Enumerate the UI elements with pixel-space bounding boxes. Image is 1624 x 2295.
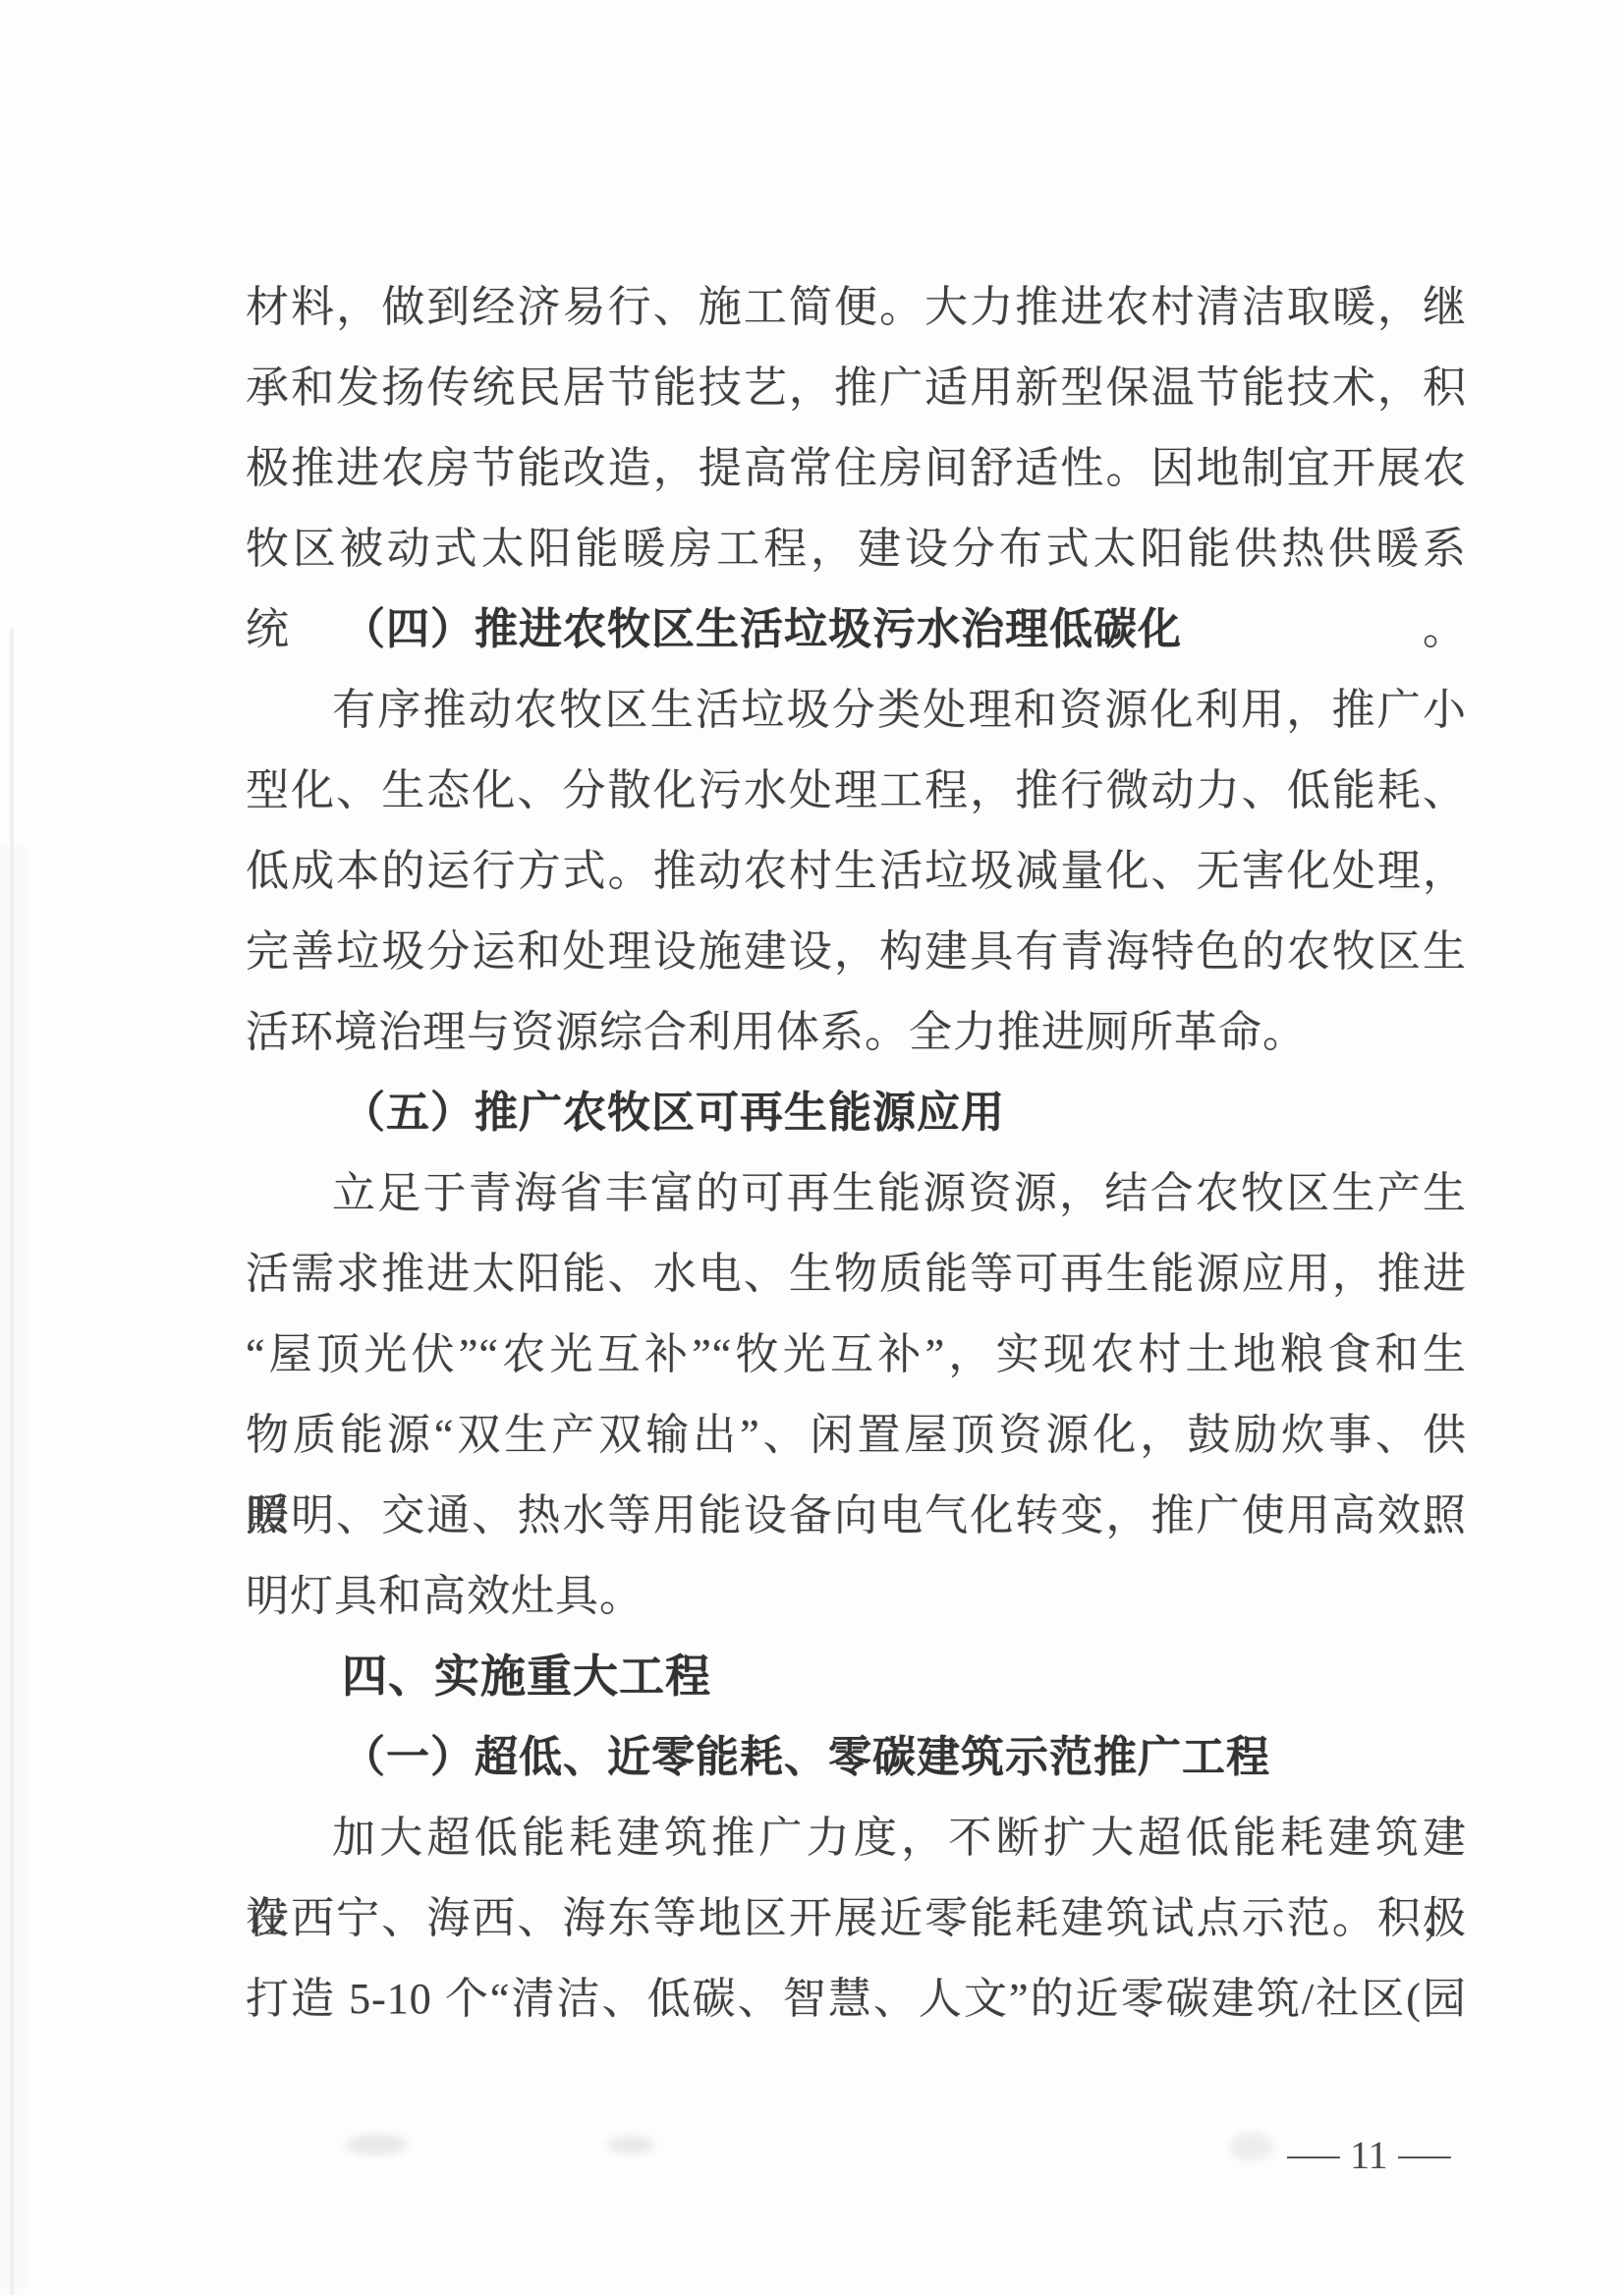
- text-line: 照明、交通、热水等用能设备向电气化转变，推广使用高效照: [246, 1476, 1467, 1556]
- text-line: 立足于青海省丰富的可再生能源资源，结合农牧区生产生: [246, 1153, 1467, 1234]
- text-line: 在西宁、海西、海东等地区开展近零能耗建筑试点示范。积极: [246, 1878, 1467, 1959]
- scan-smudge: [1230, 2132, 1273, 2161]
- text-line: 有序推动农牧区生活垃圾分类处理和资源化利用，推广小: [246, 670, 1467, 751]
- text-line: 打造 5-10 个“清洁、低碳、智慧、人文”的近零碳建筑/社区(园: [246, 1959, 1467, 2040]
- section-heading: （五）推广农牧区可再生能源应用: [246, 1073, 1467, 1153]
- text-line: 加大超低能耗建筑推广力度，不断扩大超低能耗建筑建设，: [246, 1798, 1467, 1878]
- text-line: 承和发扬传统民居节能技艺，推广适用新型保温节能技术，积: [246, 348, 1467, 428]
- text-line: 活环境治理与资源综合利用体系。全力推进厕所革命。: [246, 992, 1467, 1073]
- document-body: 材料，做到经济易行、施工简便。大力推进农村清洁取暖，继 承和发扬传统民居节能技艺…: [246, 267, 1467, 2040]
- document-page: 材料，做到经济易行、施工简便。大力推进农村清洁取暖，继 承和发扬传统民居节能技艺…: [0, 0, 1624, 2295]
- footer-left-dash: —: [1287, 2133, 1339, 2176]
- text-line: 型化、生态化、分散化污水处理工程，推行微动力、低能耗、: [246, 751, 1467, 831]
- page-number: 11: [1350, 2132, 1388, 2178]
- page-footer: — 11 —: [1295, 2130, 1443, 2179]
- text-line: 完善垃圾分运和处理设施建设，构建具有青海特色的农牧区生: [246, 912, 1467, 992]
- text-line: 牧区被动式太阳能暖房工程，建设分布式太阳能供热供暖系统。: [246, 509, 1467, 589]
- text-line: 活需求推进太阳能、水电、生物质能等可再生能源应用，推进: [246, 1234, 1467, 1315]
- text-line: 物质能源“双生产双输出”、闲置屋顶资源化，鼓励炊事、供暖、: [246, 1395, 1467, 1476]
- text-line: 材料，做到经济易行、施工简便。大力推进农村清洁取暖，继: [246, 267, 1467, 348]
- scan-smudge: [607, 2136, 654, 2154]
- chapter-heading: 四、实施重大工程: [246, 1637, 1467, 1717]
- text-line: 低成本的运行方式。推动农村生活垃圾减量化、无害化处理，: [246, 831, 1467, 912]
- section-heading: （一）超低、近零能耗、零碳建筑示范推广工程: [246, 1717, 1467, 1798]
- scan-smudge: [346, 2134, 407, 2155]
- scan-edge-artifact: [10, 629, 14, 2295]
- text-line: 极推进农房节能改造，提高常住房间舒适性。因地制宜开展农: [246, 428, 1467, 509]
- text-line: “屋顶光伏”“农光互补”“牧光互补”，实现农村土地粮食和生: [246, 1315, 1467, 1395]
- text-line: 明灯具和高效灶具。: [246, 1556, 1467, 1637]
- footer-right-dash: —: [1398, 2133, 1450, 2176]
